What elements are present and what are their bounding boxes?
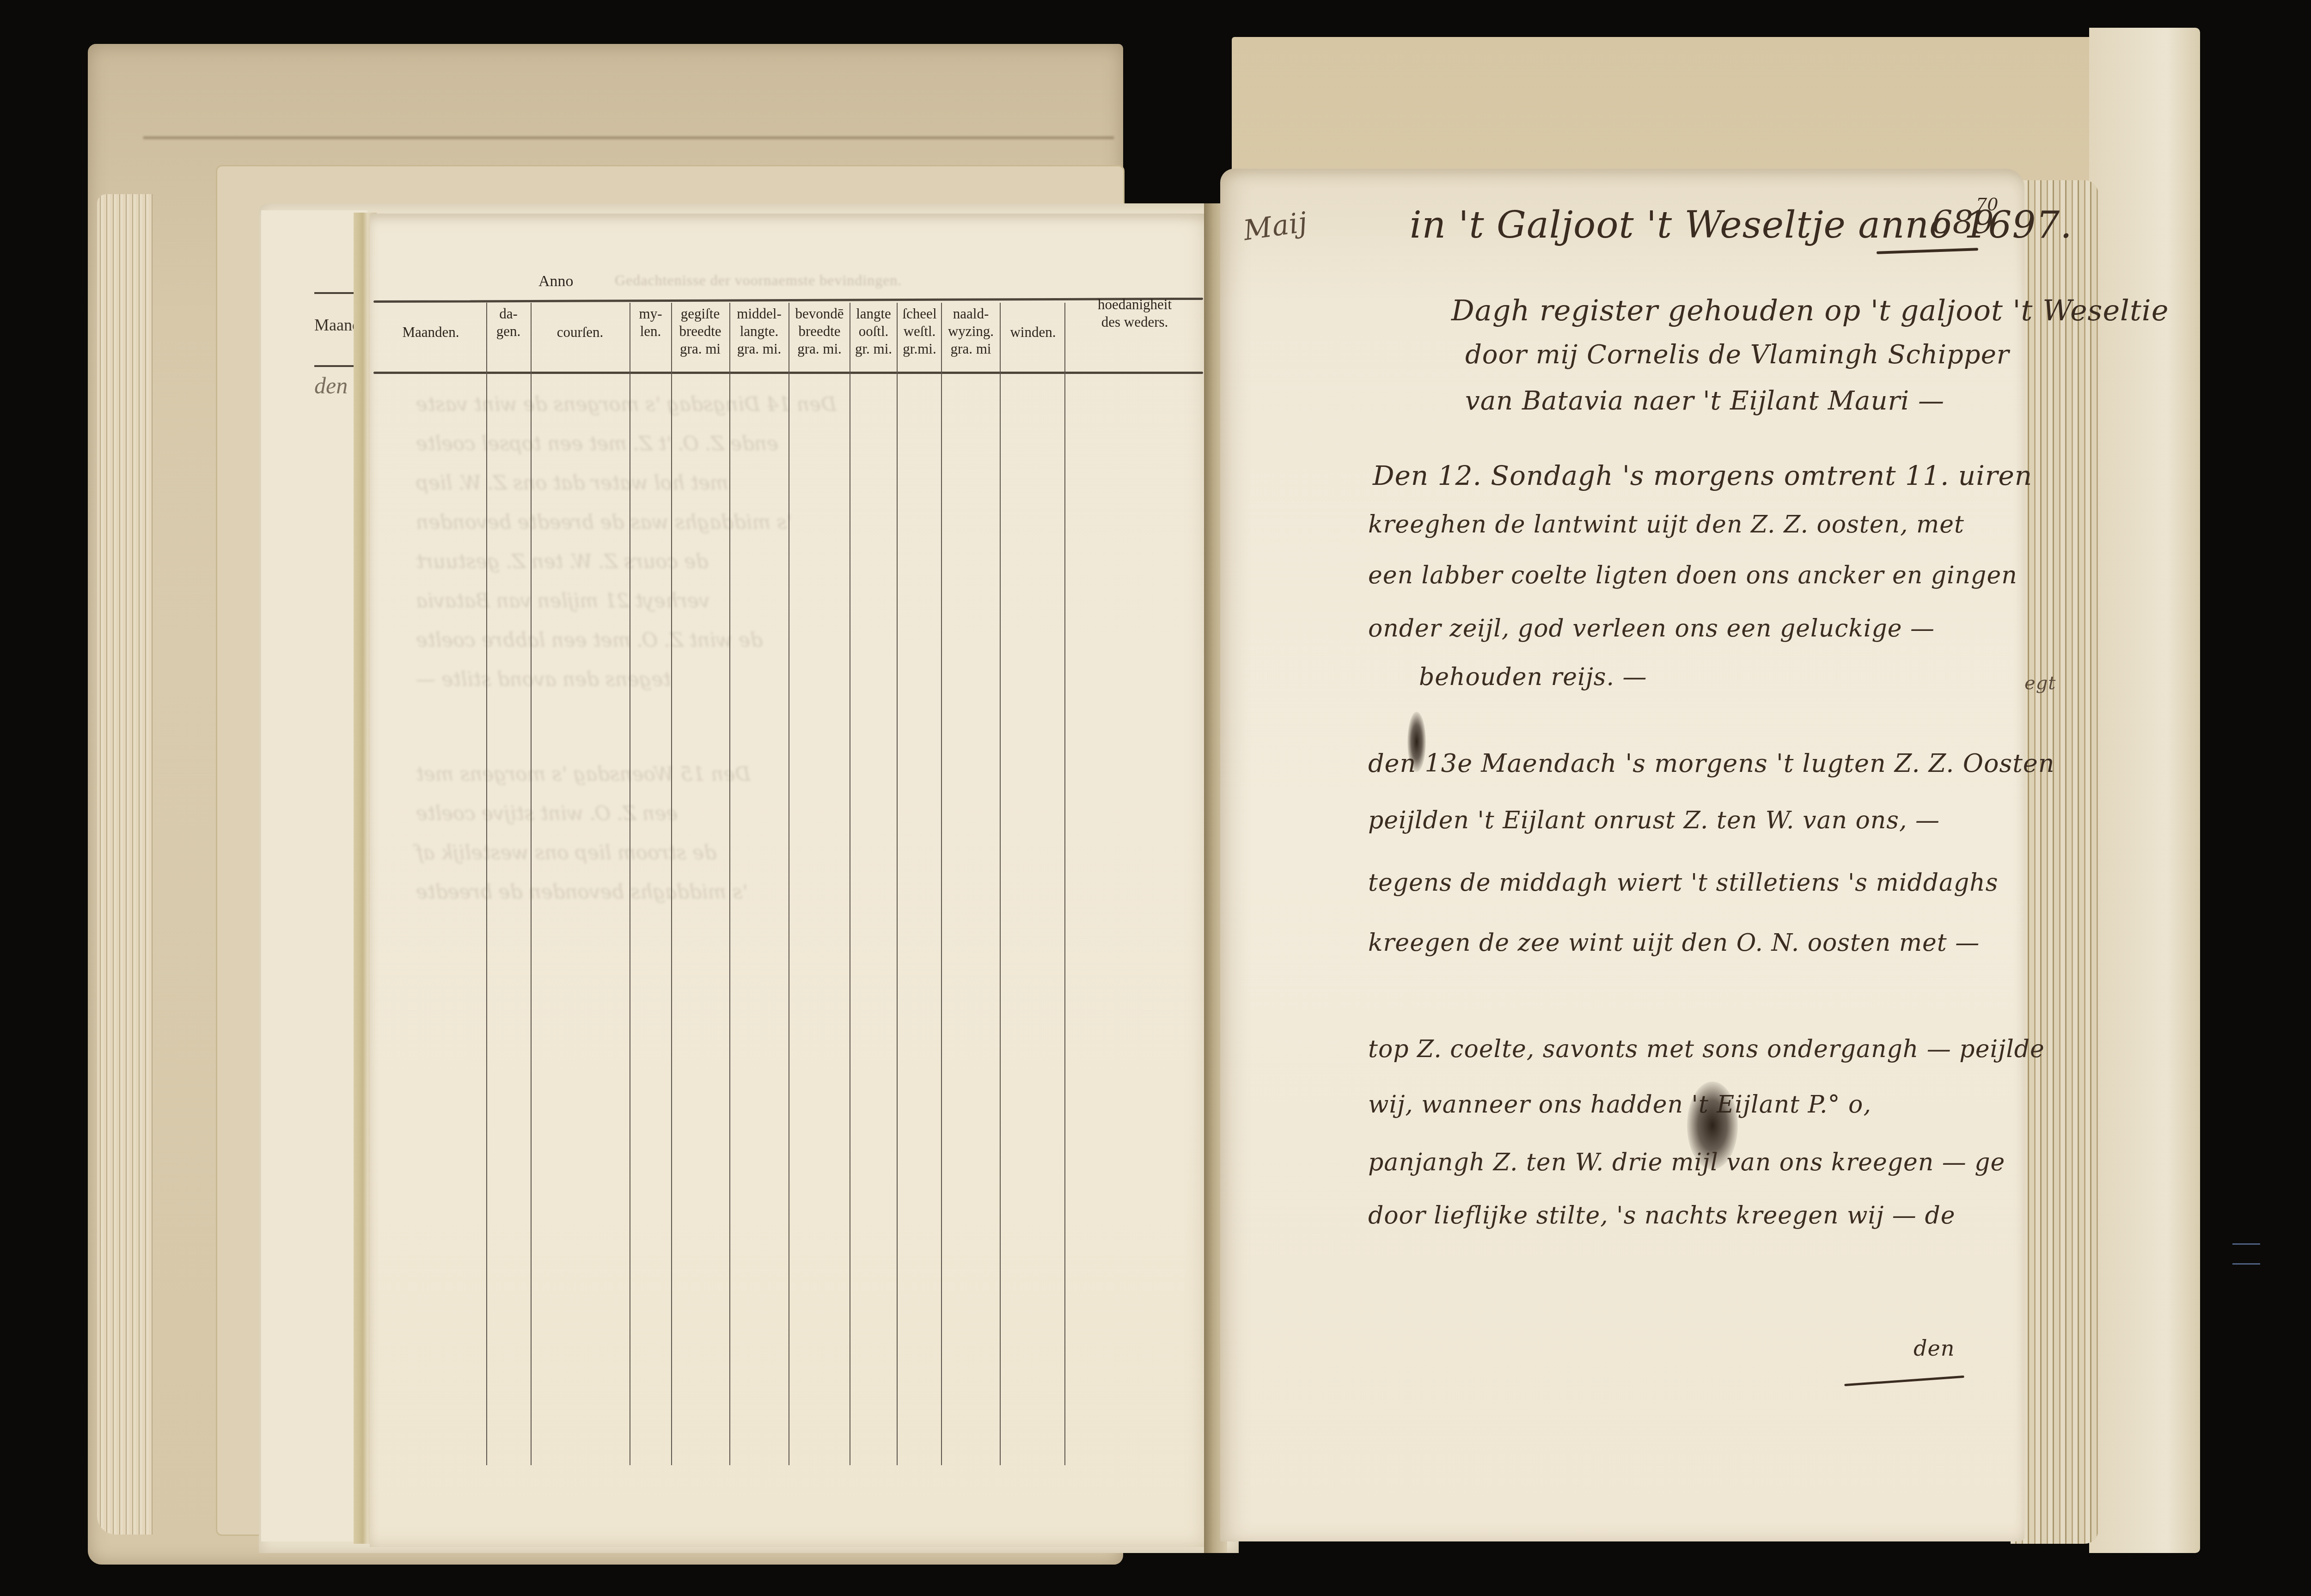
column-header-dagen: da- gen. bbox=[488, 305, 529, 340]
blue-pencil-mark bbox=[2232, 1243, 2260, 1265]
column-header-hoedanigheit: hoedanigheit des weders. bbox=[1065, 296, 1204, 331]
partial-underlay-page bbox=[261, 210, 367, 1541]
column-header-scheel-westl: ſcheel weſtl. gr.mi. bbox=[898, 305, 942, 358]
bleed-through-handwriting: verheyt 21 mijlen van Batavia bbox=[416, 589, 709, 612]
bleed-through-handwriting: ende Z. O. 't Z. met een topsel coelte bbox=[416, 432, 778, 455]
bleed-through-handwriting: Den 14 Dingsdag 's morgens de wint vaste bbox=[416, 393, 837, 416]
log-entry-line: top Z. coelte, savonts met sons ondergan… bbox=[1368, 1035, 2045, 1063]
log-entry-line: panjangh Z. ten W. drie mijl van ons kre… bbox=[1368, 1149, 2005, 1176]
table-column-divider bbox=[941, 303, 942, 1465]
catchword: den bbox=[1914, 1336, 1955, 1361]
bleed-through-handwriting: tegens den avond stilte — bbox=[416, 668, 671, 691]
bleed-through-handwriting: met hol water dat ons Z. W. liep bbox=[416, 471, 728, 494]
table-column-divider bbox=[789, 303, 789, 1465]
margin-note: egt bbox=[2024, 673, 2056, 694]
right-back-flyleaf bbox=[2089, 28, 2200, 1553]
column-header-mylen: my- len. bbox=[631, 305, 670, 340]
log-entry-line: een labber coelte ligten doen ons ancker… bbox=[1368, 562, 2018, 589]
column-header-coursen: courſen. bbox=[532, 324, 629, 341]
column-header-bevonde-breedte: bevondē breedte gra. mi. bbox=[789, 305, 850, 358]
table-column-divider bbox=[1064, 303, 1065, 1465]
column-header-naaldwyzing: naald- wyzing. gra. mi bbox=[942, 305, 1000, 358]
log-entry-line: Den 12. Sondagh 's morgens omtrent 11. u… bbox=[1373, 460, 2032, 491]
log-entry-line: door lieflijke stilte, 's nachts kreegen… bbox=[1368, 1202, 1955, 1229]
intro-line: Dagh register gehouden op 't galjoot 't … bbox=[1451, 294, 2169, 327]
bleed-through-handwriting: een Z. O. wint stijve coelte bbox=[416, 802, 678, 825]
log-entry-line: tegens de middagh wiert 't stilletiens '… bbox=[1368, 869, 1999, 897]
intro-line: door mij Cornelis de Vlamingh Schipper bbox=[1465, 340, 2010, 370]
log-entry-line: peijlden 't Eijlant onrust Z. ten W. van… bbox=[1368, 807, 1940, 834]
bleed-through-handwriting: 's middaghs was de breedte bevonden bbox=[416, 511, 792, 533]
folio-number-secondary: 70 bbox=[1976, 194, 1998, 214]
bleed-through-handwriting: 's middaghs bevonden de breedte bbox=[416, 881, 748, 903]
table-heading-anno: Anno bbox=[538, 273, 574, 290]
log-entry-line: behouden reijs. — bbox=[1419, 663, 1647, 691]
log-entry-line: kreeghen de lantwint uijt den Z. Z. oost… bbox=[1368, 511, 1964, 538]
bleed-through-title: Gedachtenisse der voornaemste bevindinge… bbox=[615, 272, 902, 289]
bleed-through-handwriting: de cours Z. W. ten Z. gestuurt bbox=[416, 550, 708, 573]
log-entry-line: den 13e Maendach 's morgens 't lugten Z.… bbox=[1368, 749, 2055, 778]
log-entry-line: kreegen de zee wint uijt den O. N. ooste… bbox=[1368, 929, 1980, 957]
column-header-langte-oostl: langte ooſtl. gr. mi. bbox=[850, 305, 897, 358]
column-header-middel-langte: middel- langte. gra. mi. bbox=[730, 305, 788, 358]
column-header-winden: winden. bbox=[1001, 324, 1065, 341]
bleed-through-handwriting: de stroom liep ons westelijk af bbox=[416, 841, 716, 864]
underlay-handwritten-fragment: den bbox=[314, 372, 348, 399]
left-page-edges bbox=[97, 194, 153, 1535]
bleed-through-handwriting: de wint Z. O. met een labbre coelte bbox=[416, 629, 763, 651]
table-column-divider bbox=[897, 303, 898, 1465]
table-column-divider bbox=[850, 303, 850, 1465]
column-header-gegiste-breedte: gegiſte breedte gra. mi bbox=[673, 305, 728, 358]
log-entry-line: onder zeijl, god verleen ons een gelucki… bbox=[1368, 615, 1935, 642]
log-entry-line: wij, wanneer ons hadden 't Eijlant P.° o… bbox=[1368, 1091, 1871, 1119]
bleed-through-handwriting: Den 15 Woensdag 's morgens met bbox=[416, 763, 751, 785]
right-handwritten-page bbox=[1220, 169, 2024, 1541]
intro-line: van Batavia naer 't Eijlant Mauri — bbox=[1465, 386, 1944, 416]
table-column-divider bbox=[1000, 303, 1001, 1465]
column-header-maanden: Maanden. bbox=[375, 324, 486, 341]
